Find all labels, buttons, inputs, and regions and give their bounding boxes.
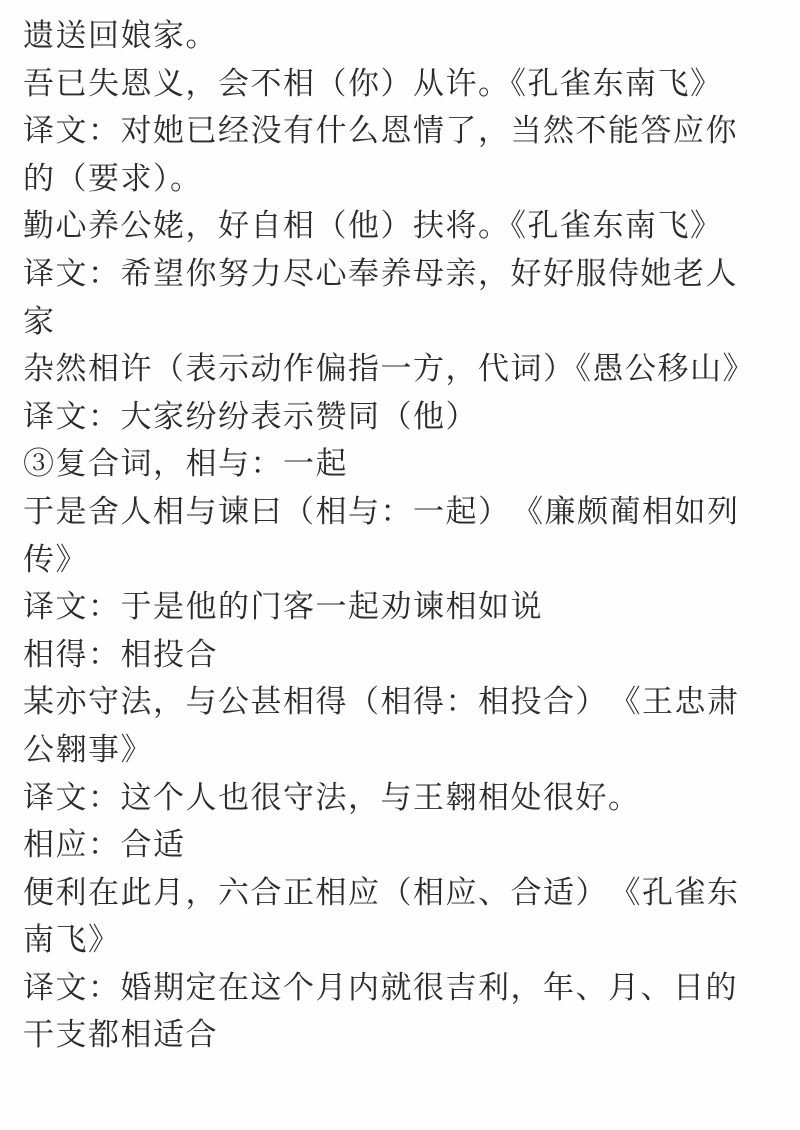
text-line: 家	[23, 298, 780, 346]
text-line: 译文：这个人也很守法，与王翱相处很好。	[23, 774, 780, 822]
text-line: 遗送回娘家。	[23, 12, 780, 60]
text-line: 译文：对她已经没有什么恩情了，当然不能答应你	[23, 107, 780, 155]
text-line: 的（要求）。	[23, 155, 780, 203]
text-line: 译文：希望你努力尽心奉养母亲，好好服侍她老人	[23, 250, 780, 298]
text-line: 译文：于是他的门客一起劝谏相如说	[23, 583, 780, 631]
text-line: 于是舍人相与谏曰（相与：一起） 《廉颇蔺相如列	[23, 488, 780, 536]
text-line: 勤心养公姥，好自相（他）扶将。《孔雀东南飞》	[23, 202, 780, 250]
text-line: 译文：大家纷纷表示赞同（他）	[23, 393, 780, 441]
text-line: 译文：婚期定在这个月内就很吉利，年、月、日的	[23, 964, 780, 1012]
text-line: 传》	[23, 536, 780, 584]
text-line: 公翱事》	[23, 726, 780, 774]
text-line: 相得：相投合	[23, 631, 780, 679]
text-line: ③复合词，相与：一起	[23, 440, 780, 488]
text-line: 某亦守法，与公甚相得（相得：相投合） 《王忠肃	[23, 678, 780, 726]
document-page: 遗送回娘家。吾已失恩义，会不相（你）从许。《孔雀东南飞》译文：对她已经没有什么恩…	[0, 0, 800, 1130]
text-line: 吾已失恩义，会不相（你）从许。《孔雀东南飞》	[23, 60, 780, 108]
text-line: 南飞》	[23, 916, 780, 964]
text-line: 便利在此月，六合正相应（相应、合适） 《孔雀东	[23, 869, 780, 917]
text-line: 相应：合适	[23, 821, 780, 869]
text-line: 杂然相许（表示动作偏指一方，代词）《愚公移山》	[23, 345, 780, 393]
document-body: 遗送回娘家。吾已失恩义，会不相（你）从许。《孔雀东南飞》译文：对她已经没有什么恩…	[23, 12, 780, 1059]
text-line: 干支都相适合	[23, 1011, 780, 1059]
